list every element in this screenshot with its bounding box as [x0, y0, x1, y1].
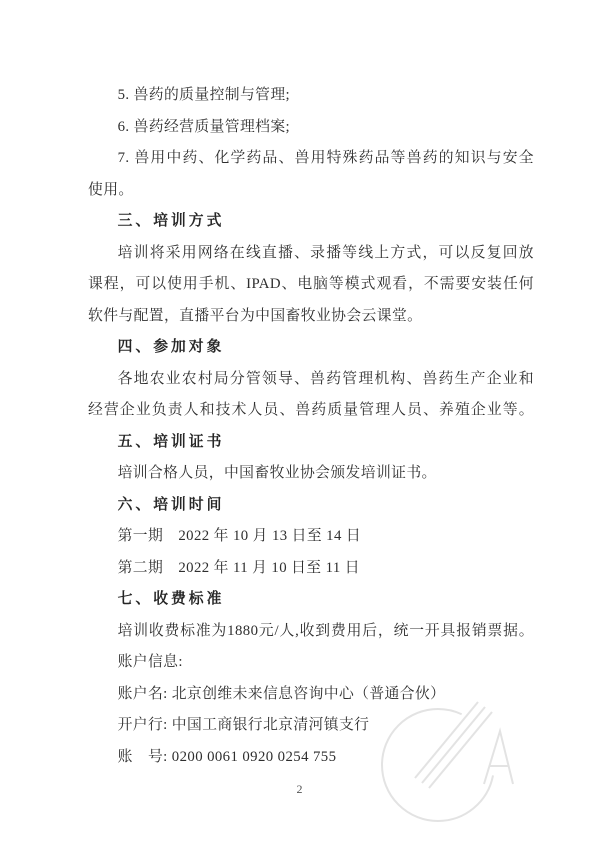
heading-section-7-fees: 七、收费标准	[88, 584, 534, 616]
schedule-session-1: 第一期 2022 年 10 月 13 日至 14 日	[88, 521, 534, 553]
account-info-label: 账户信息:	[88, 647, 534, 679]
list-item-6: 6. 兽药经营质量管理档案;	[88, 112, 534, 144]
document-body: 5. 兽药的质量控制与管理; 6. 兽药经营质量管理档案; 7. 兽用中药、化学…	[88, 80, 534, 773]
list-item-7-continuation: 使用。	[88, 175, 534, 207]
para-participants-line-2: 经营企业负责人和技术人员、兽药质量管理人员、养殖企业等。	[88, 395, 534, 427]
document-page: 5. 兽药的质量控制与管理; 6. 兽药经营质量管理档案; 7. 兽用中药、化学…	[0, 0, 600, 848]
heading-section-4-participants: 四、参加对象	[88, 332, 534, 364]
account-number: 账 号: 0200 0061 0920 0254 755	[88, 742, 534, 774]
heading-section-3-training-method: 三、培训方式	[88, 206, 534, 238]
para-training-method-line-1: 培训将采用网络在线直播、录播等线上方式，可以反复回放	[88, 238, 534, 270]
list-item-5: 5. 兽药的质量控制与管理;	[88, 80, 534, 112]
list-item-7: 7. 兽用中药、化学药品、兽用特殊药品等兽药的知识与安全	[88, 143, 534, 175]
heading-section-5-certificate: 五、培训证书	[88, 427, 534, 459]
para-certificate: 培训合格人员，中国畜牧业协会颁发培训证书。	[88, 458, 534, 490]
schedule-session-2: 第二期 2022 年 11 月 10 日至 11 日	[88, 553, 534, 585]
account-bank: 开户行: 中国工商银行北京清河镇支行	[88, 710, 534, 742]
para-training-method-line-3: 软件与配置，直播平台为中国畜牧业协会云课堂。	[88, 301, 534, 333]
para-training-method-line-2: 课程，可以使用手机、IPAD、电脑等模式观看，不需要安装任何	[88, 269, 534, 301]
para-fee-standard: 培训收费标准为1880元/人,收到费用后，统一开具报销票据。	[88, 616, 534, 648]
account-name: 账户名: 北京创维未来信息咨询中心（普通合伙）	[88, 679, 534, 711]
heading-section-6-schedule: 六、培训时间	[88, 490, 534, 522]
para-participants-line-1: 各地农业农村局分管领导、兽药管理机构、兽药生产企业和	[88, 364, 534, 396]
page-number: 2	[0, 782, 600, 797]
